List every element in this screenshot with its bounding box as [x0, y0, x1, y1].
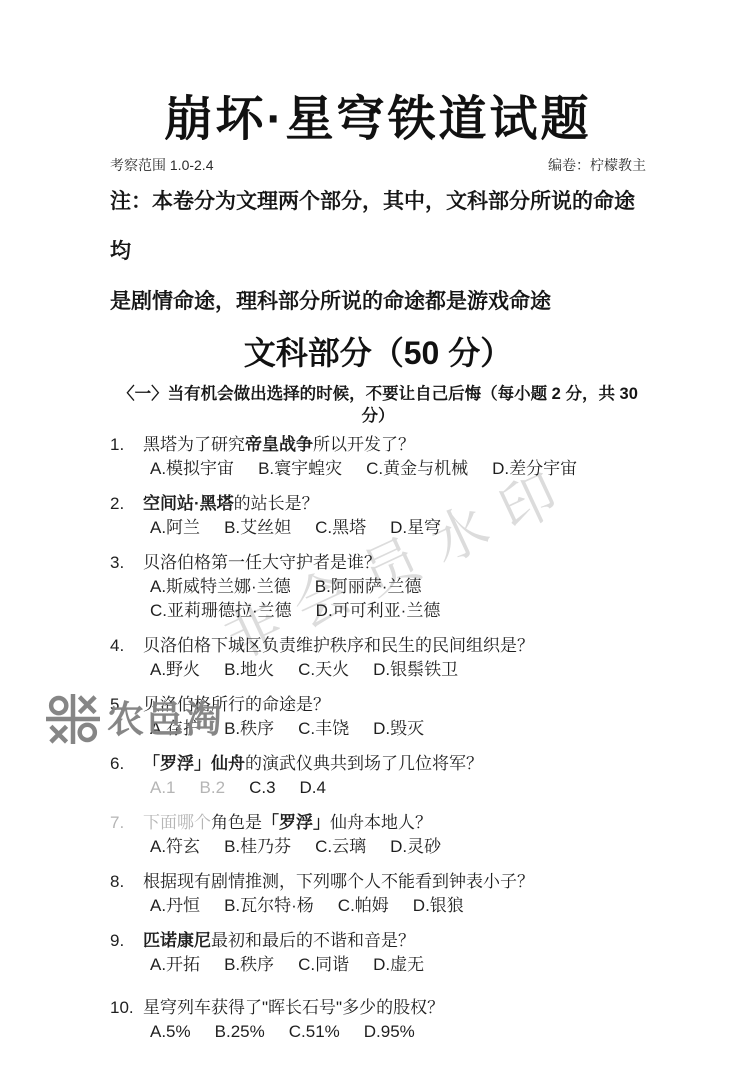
question-number: 7. — [110, 811, 143, 859]
question-text-segment: 黑塔为了研究 — [143, 435, 245, 454]
question-number: 2. — [110, 492, 143, 540]
question-text: 根据现有剧情推测，下列哪个人不能看到钟表小子？ — [143, 870, 646, 894]
option: C.云璃 — [315, 837, 366, 856]
option: B.艾丝妲 — [224, 518, 291, 537]
question-text-segment: 「罗浮」 — [262, 813, 330, 832]
question-body: 空间站·黑塔的站长是？A.阿兰B.艾丝妲C.黑塔D.星穹 — [143, 492, 646, 540]
question: 3.贝洛伯格第一任大守护者是谁？A.斯威特兰娜·兰德B.阿丽萨·兰德C.亚莉珊德… — [110, 551, 646, 623]
question-text-segment: 匹诺康尼 — [143, 931, 211, 950]
option: C.3 — [249, 778, 275, 797]
options-line: A.1B.2C.3D.4 — [143, 776, 646, 800]
brand-watermark-text: 农邑淘 — [107, 701, 224, 738]
option: B.瓦尔特·杨 — [224, 896, 314, 915]
option: B.地火 — [224, 660, 274, 679]
question-body: 贝洛伯格下城区负责维护秩序和民生的民间组织是？A.野火B.地火C.天火D.银鬃铁… — [143, 634, 646, 682]
page-title: 崩坏·星穹铁道试题 — [110, 92, 646, 147]
question: 8.根据现有剧情推测，下列哪个人不能看到钟表小子？A.丹恒B.瓦尔特·杨C.帕姆… — [110, 870, 646, 918]
option: B.2 — [200, 778, 226, 797]
question-number: 9. — [110, 929, 143, 977]
exam-editor: 编卷：柠檬教主 — [548, 155, 646, 175]
option: A.阿兰 — [150, 518, 200, 537]
option: D.差分宇宙 — [492, 459, 577, 478]
option: C.天火 — [298, 660, 349, 679]
question-text: 贝洛伯格下城区负责维护秩序和民生的民间组织是？ — [143, 634, 646, 658]
question-text-segment: 根据现有剧情推测，下列哪个人不能看到钟表小子？ — [143, 872, 534, 891]
question-text: 空间站·黑塔的站长是？ — [143, 492, 646, 516]
question-text-segment: 的演武仪典共到场了几位将军？ — [245, 754, 483, 773]
option: A.1 — [150, 778, 176, 797]
option: B.桂乃芬 — [224, 837, 291, 856]
options-line: A.5%B.25%C.51%D.95% — [143, 1020, 646, 1044]
option: C.51% — [289, 1022, 340, 1041]
meta-row: 考察范围 1.0-2.4 编卷：柠檬教主 — [110, 155, 646, 175]
options-line: A.模拟宇宙B.寰宇蝗灾C.黄金与机械D.差分宇宙 — [143, 457, 646, 481]
question-number: 10. — [110, 996, 143, 1044]
section-title: 文科部分（50 分） — [110, 331, 646, 375]
brand-grid-icon — [46, 694, 100, 744]
question: 9.匹诺康尼最初和最后的不谐和音是？A.开拓B.秩序C.同谐D.虚无 — [110, 929, 646, 977]
question-text-segment: 贝洛伯格下城区负责维护秩序和民生的民间组织是？ — [143, 636, 534, 655]
option: D.星穹 — [390, 518, 441, 537]
option: A.5% — [150, 1022, 191, 1041]
option: C.黄金与机械 — [366, 459, 468, 478]
subsection-title: 〈一〉当有机会做出选择的时候，不要让自己后悔（每小题 2 分，共 30 分） — [110, 383, 646, 427]
question-text-segment: 贝洛伯格第一任大守护者是谁？ — [143, 553, 381, 572]
question-text-segment: 「罗浮」仙舟 — [143, 754, 245, 773]
question-text-segment: 仙舟本地人？ — [330, 813, 432, 832]
option: C.丰饶 — [298, 719, 349, 738]
option: A.丹恒 — [150, 896, 200, 915]
question-text-segment: 星穹列车获得了"晖长石号"多少的股权？ — [143, 998, 444, 1017]
option: A.斯威特兰娜·兰德 — [150, 577, 291, 596]
options-line: A.开拓B.秩序C.同谐D.虚无 — [143, 953, 646, 977]
question-text-segment: 帝皇战争 — [245, 435, 313, 454]
question-body: 根据现有剧情推测，下列哪个人不能看到钟表小子？A.丹恒B.瓦尔特·杨C.帕姆D.… — [143, 870, 646, 918]
option: A.野火 — [150, 660, 200, 679]
question-number: 4. — [110, 634, 143, 682]
option: C.亚莉珊德拉·兰德 — [150, 601, 292, 620]
paper-content: 崩坏·星穹铁道试题 考察范围 1.0-2.4 编卷：柠檬教主 注：本卷分为文理两… — [0, 92, 754, 1044]
option: B.阿丽萨·兰德 — [315, 577, 422, 596]
question-text-segment: 空间站·黑塔 — [143, 494, 234, 513]
question-text: 星穹列车获得了"晖长石号"多少的股权？ — [143, 996, 646, 1020]
question-body: 「罗浮」仙舟的演武仪典共到场了几位将军？A.1B.2C.3D.4 — [143, 752, 646, 800]
option: C.帕姆 — [338, 896, 389, 915]
option: C.黑塔 — [315, 518, 366, 537]
question: 10.星穹列车获得了"晖长石号"多少的股权？A.5%B.25%C.51%D.95… — [110, 996, 646, 1044]
question-text-segment: 所以开发了？ — [313, 435, 415, 454]
option: B.25% — [215, 1022, 265, 1041]
question-text: 匹诺康尼最初和最后的不谐和音是？ — [143, 929, 646, 953]
exam-paper: 非会员水印 崩坏·星穹铁道试题 考察范围 1.0-2.4 编卷：柠檬教主 注：本… — [0, 0, 754, 1065]
option: D.4 — [300, 778, 326, 797]
question-text-segment: 的站长是？ — [234, 494, 319, 513]
option: B.秩序 — [224, 719, 274, 738]
question: 1.黑塔为了研究帝皇战争所以开发了？A.模拟宇宙B.寰宇蝗灾C.黄金与机械D.差… — [110, 433, 646, 481]
question-body: 下面哪个角色是「罗浮」仙舟本地人？A.符玄B.桂乃芬C.云璃D.灵砂 — [143, 811, 646, 859]
option: D.可可利亚·兰德 — [316, 601, 441, 620]
exam-note: 注：本卷分为文理两个部分，其中，文科部分所说的命途均 是剧情命途，理科部分所说的… — [110, 177, 646, 327]
question-text-segment: 最初和最后的不谐和音是？ — [211, 931, 415, 950]
option: D.灵砂 — [390, 837, 441, 856]
question-number: 1. — [110, 433, 143, 481]
option: D.银鬃铁卫 — [373, 660, 458, 679]
question-number: 6. — [110, 752, 143, 800]
options-line: A.符玄B.桂乃芬C.云璃D.灵砂 — [143, 835, 646, 859]
option: A.模拟宇宙 — [150, 459, 234, 478]
option: B.秩序 — [224, 955, 274, 974]
options-line: C.亚莉珊德拉·兰德D.可可利亚·兰德 — [143, 599, 646, 623]
option: D.银狼 — [413, 896, 464, 915]
question-number: 3. — [110, 551, 143, 623]
question-text: 「罗浮」仙舟的演武仪典共到场了几位将军？ — [143, 752, 646, 776]
question-number: 8. — [110, 870, 143, 918]
question-text-segment: 下面哪个 — [143, 813, 211, 832]
question-text: 黑塔为了研究帝皇战争所以开发了？ — [143, 433, 646, 457]
question-body: 匹诺康尼最初和最后的不谐和音是？A.开拓B.秩序C.同谐D.虚无 — [143, 929, 646, 977]
option: C.同谐 — [298, 955, 349, 974]
option: D.95% — [364, 1022, 415, 1041]
question-text: 贝洛伯格第一任大守护者是谁？ — [143, 551, 646, 575]
options-line: A.阿兰B.艾丝妲C.黑塔D.星穹 — [143, 516, 646, 540]
question-body: 黑塔为了研究帝皇战争所以开发了？A.模拟宇宙B.寰宇蝗灾C.黄金与机械D.差分宇… — [143, 433, 646, 481]
brand-watermark: 农邑淘 — [46, 694, 224, 744]
question-text: 下面哪个角色是「罗浮」仙舟本地人？ — [143, 811, 646, 835]
option: D.毁灭 — [373, 719, 424, 738]
question-body: 贝洛伯格第一任大守护者是谁？A.斯威特兰娜·兰德B.阿丽萨·兰德C.亚莉珊德拉·… — [143, 551, 646, 623]
question-text-segment: 角色是 — [211, 813, 262, 832]
options-line: A.野火B.地火C.天火D.银鬃铁卫 — [143, 658, 646, 682]
options-line: A.丹恒B.瓦尔特·杨C.帕姆D.银狼 — [143, 894, 646, 918]
option: A.开拓 — [150, 955, 200, 974]
question: 2.空间站·黑塔的站长是？A.阿兰B.艾丝妲C.黑塔D.星穹 — [110, 492, 646, 540]
option: A.符玄 — [150, 837, 200, 856]
question: 7.下面哪个角色是「罗浮」仙舟本地人？A.符玄B.桂乃芬C.云璃D.灵砂 — [110, 811, 646, 859]
note-line-2: 是剧情命途，理科部分所说的命途都是游戏命途 — [110, 277, 646, 327]
note-line-1: 注：本卷分为文理两个部分，其中，文科部分所说的命途均 — [110, 177, 646, 277]
question: 6.「罗浮」仙舟的演武仪典共到场了几位将军？A.1B.2C.3D.4 — [110, 752, 646, 800]
question: 4.贝洛伯格下城区负责维护秩序和民生的民间组织是？A.野火B.地火C.天火D.银… — [110, 634, 646, 682]
exam-scope: 考察范围 1.0-2.4 — [110, 155, 213, 175]
question-body: 星穹列车获得了"晖长石号"多少的股权？A.5%B.25%C.51%D.95% — [143, 996, 646, 1044]
options-line: A.斯威特兰娜·兰德B.阿丽萨·兰德 — [143, 575, 646, 599]
option: D.虚无 — [373, 955, 424, 974]
option: B.寰宇蝗灾 — [258, 459, 342, 478]
